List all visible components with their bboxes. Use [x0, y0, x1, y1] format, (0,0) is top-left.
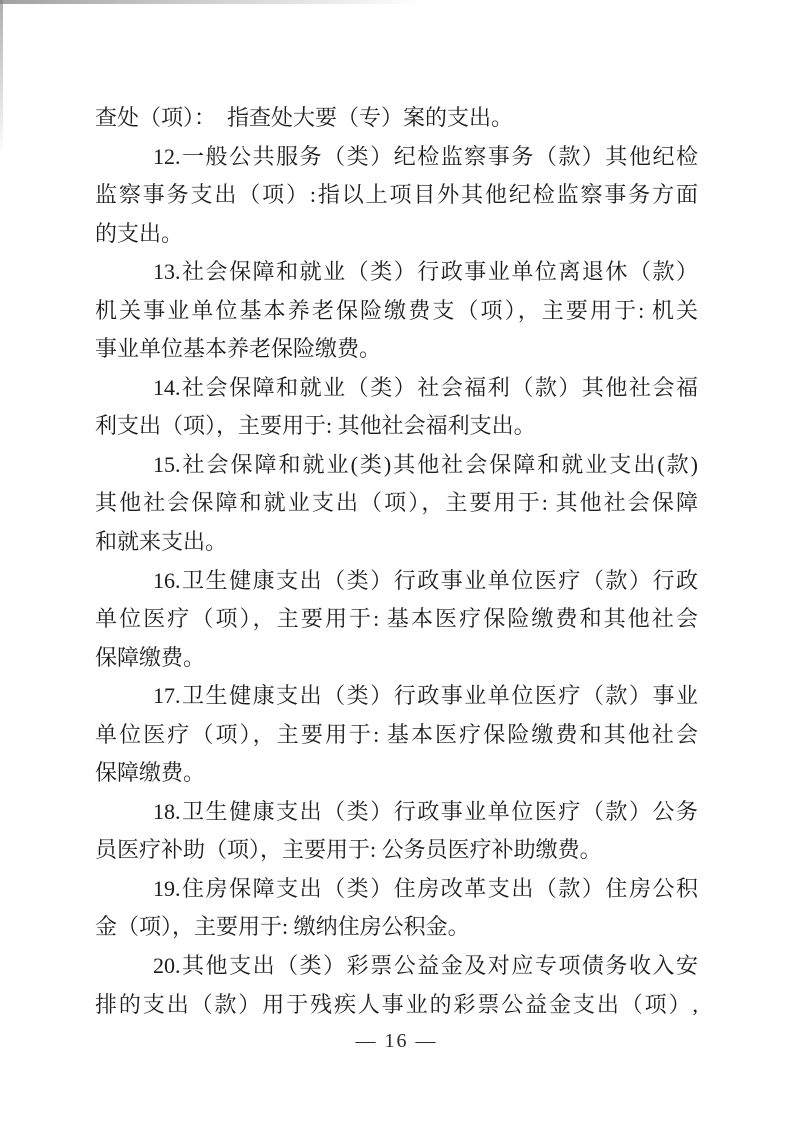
body-text-line: 13.社会保障和就业（类）行政事业单位离退休（款） — [95, 253, 698, 292]
body-text-line: 17.卫生健康支出（类）行政事业单位医疗（款）事业 — [95, 677, 698, 716]
body-text-line: 16.卫生健康支出（类）行政事业单位医疗（款）行政 — [95, 562, 698, 601]
body-text-line: 单位医疗（项），主要用于: 基本医疗保险缴费和其他社会 — [95, 600, 698, 639]
body-text-line: 监察事务支出（项）:指以上项目外其他纪检监察事务方面 — [95, 176, 698, 215]
body-text-line: 利支出（项），主要用于: 其他社会福利支出。 — [95, 407, 698, 446]
body-text-line: 事业单位基本养老保险缴费。 — [95, 330, 698, 369]
body-text-line: 和就来支出。 — [95, 523, 698, 562]
body-text-line: 12.一般公共服务（类）纪检监察事务（款）其他纪检 — [95, 138, 698, 177]
body-text-line: 排的支出（款）用于残疾人事业的彩票公益金支出（项）, — [95, 986, 698, 1025]
body-text-line: 其他社会保障和就业支出（项），主要用于: 其他社会保障 — [95, 484, 698, 523]
body-text-line: 20.其他支出（类）彩票公益金及对应专项债务收入安 — [95, 947, 698, 986]
body-text-line: 18.卫生健康支出（类）行政事业单位医疗（款）公务 — [95, 793, 698, 832]
body-text-line: 员医疗补助（项），主要用于: 公务员医疗补助缴费。 — [95, 831, 698, 870]
body-text-line: 19.住房保障支出（类）住房改革支出（款）住房公积 — [95, 870, 698, 909]
body-text-line: 14.社会保障和就业（类）社会福利（款）其他社会福 — [95, 369, 698, 408]
page-edge-shadow-top — [0, 0, 470, 4]
body-text-line: 金（项），主要用于: 缴纳住房公积金。 — [95, 908, 698, 947]
body-text-line: 单位医疗（项），主要用于: 基本医疗保险缴费和其他社会 — [95, 716, 698, 755]
body-text-block: 查处（项）： 指查处大要（专）案的支出。 12.一般公共服务（类）纪检监察事务（… — [95, 99, 698, 1024]
body-text-line: 保障缴费。 — [95, 754, 698, 793]
body-text-line: 查处（项）： 指查处大要（专）案的支出。 — [95, 99, 698, 138]
document-page: 查处（项）： 指查处大要（专）案的支出。 12.一般公共服务（类）纪检监察事务（… — [0, 0, 793, 1122]
body-text-line: 15.社会保障和就业(类)其他社会保障和就业支出(款) — [95, 446, 698, 485]
body-text-line: 机关事业单位基本养老保险缴费支（项），主要用于: 机关 — [95, 292, 698, 331]
page-edge-shadow-left — [0, 0, 3, 170]
body-text-line: 的支出。 — [95, 215, 698, 254]
page-number: — 16 — — [0, 1030, 793, 1053]
body-text-line: 保障缴费。 — [95, 639, 698, 678]
